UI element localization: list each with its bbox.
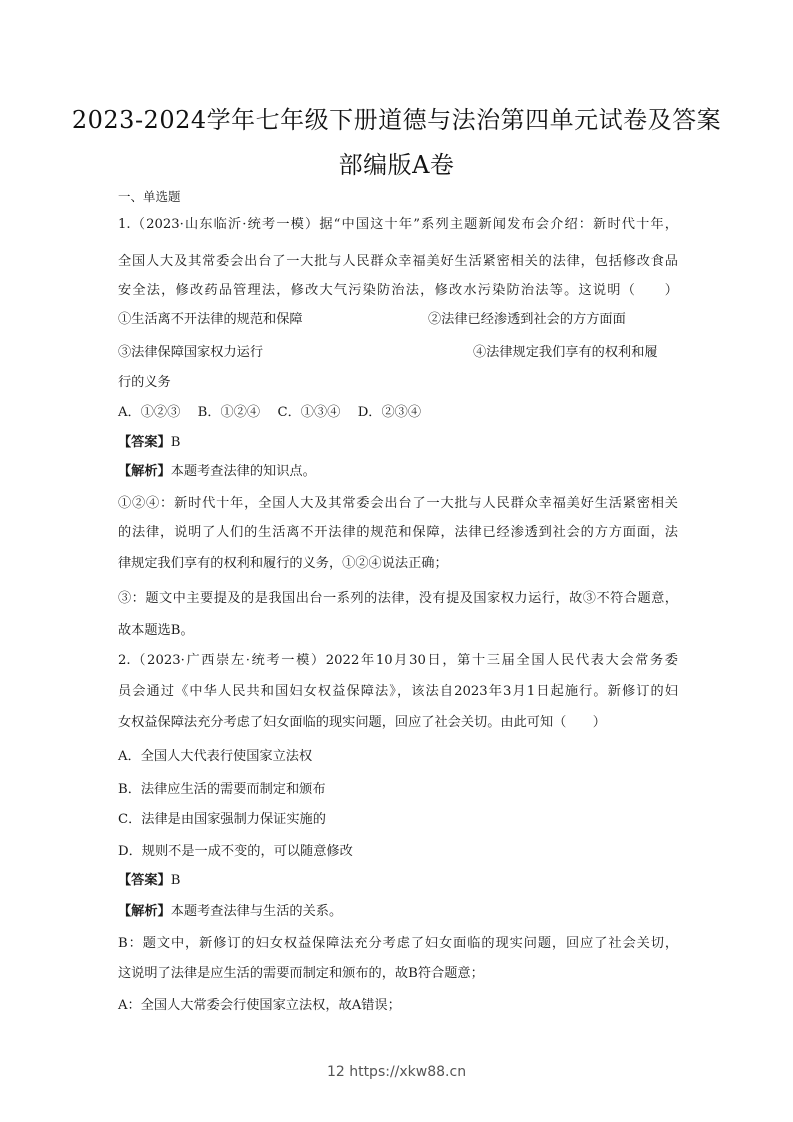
q1-analysis-line1: 本题考查法律的知识点。 <box>171 464 316 479</box>
q1-analysis-line5: ③：题文中主要提及的是我国出台一系列的法律，没有提及国家权力运行，故③不符合题意… <box>118 590 678 608</box>
q1-statements-row2: ③法律保障国家权力运行 ④法律规定我们享有的权利和履 <box>118 344 678 362</box>
q2-option-d: D．规则不是一成不变的，可以随意修改 <box>118 843 678 861</box>
q1-analysis-line6: 故本题选B。 <box>118 622 678 640</box>
q1-stem-line3: 安全法，修改药品管理法，修改大气污染防治法，修改水污染防治法等。这说明（ ） <box>118 282 678 300</box>
q1-answer-label: 【答案】 <box>118 435 171 450</box>
q2-analysis-line2: B：题文中，新修订的妇女权益保障法充分考虑了妇女面临的现实问题，回应了社会关切， <box>118 935 678 953</box>
q2-analysis-line1: 本题考查法律与生活的关系。 <box>171 904 342 919</box>
q2-stem-line3: 女权益保障法充分考虑了妇女面临的现实问题，回应了社会关切。由此可知（ ） <box>118 714 678 732</box>
q2-stem-line1: 2.（2023·广西崇左·统考一模）2022年10月30日，第十三届全国人民代表… <box>118 652 678 670</box>
q2-analysis-label: 【解析】 <box>118 904 171 919</box>
q2-option-c: C．法律是由国家强制力保证实施的 <box>118 811 678 829</box>
q2-analysis-line3: 这说明了法律是应生活的需要而制定和颁布的，故B符合题意； <box>118 965 678 983</box>
q2-answer: 【答案】B <box>118 872 678 890</box>
q2-stem-line2: 员会通过《中华人民共和国妇女权益保障法》，该法自2023年3月1日起施行。新修订… <box>118 683 678 701</box>
q2-option-a: A．全国人大代表行使国家立法权 <box>118 748 678 766</box>
document-title-line1: 2023-2024学年七年级下册道德与法治第四单元试卷及答案 <box>0 100 793 135</box>
q1-analysis-label: 【解析】 <box>118 464 171 479</box>
page-footer: 12 https://xkw88.cn <box>0 1064 793 1080</box>
q2-answer-value: B <box>171 873 181 888</box>
document-page: 2023-2024学年七年级下册道德与法治第四单元试卷及答案 部编版A卷 一、单… <box>0 0 793 1122</box>
q1-statement-3: ③法律保障国家权力运行 <box>118 345 263 360</box>
q1-options: A．①②③ B．①②④ C．①③④ D．②③④ <box>118 404 678 422</box>
q1-answer: 【答案】B <box>118 434 678 452</box>
q1-statement-4-cont: 行的义务 <box>118 374 678 392</box>
q2-analysis-line4: A：全国人大常委会行使国家立法权，故A错误； <box>118 997 678 1015</box>
q1-statement-4: ④法律规定我们享有的权利和履 <box>473 344 658 362</box>
q1-answer-value: B <box>171 435 181 450</box>
section-heading: 一、单选题 <box>118 188 678 206</box>
q1-analysis-line4: 律规定我们享有的权利和履行的义务，①②④说法正确； <box>118 555 678 573</box>
q1-analysis-line3: 的法律，说明了人们的生活离不开法律的规范和保障，法律已经渗透到社会的方方面面，法 <box>118 524 678 542</box>
q1-statements-row1: ①生活离不开法律的规范和保障 ②法律已经渗透到社会的方方面面 <box>118 311 678 329</box>
q1-statement-2: ②法律已经渗透到社会的方方面面 <box>428 311 626 329</box>
q1-stem-line1: 1.（2023·山东临沂·统考一模）据“中国这十年”系列主题新闻发布会介绍：新时… <box>118 216 678 234</box>
q1-statement-1: ①生活离不开法律的规范和保障 <box>118 312 303 327</box>
document-title-line2: 部编版A卷 <box>0 145 793 180</box>
q1-analysis-line2: ①②④：新时代十年，全国人大及其常委会出台了一大批与人民群众幸福美好生活紧密相关 <box>118 495 678 513</box>
q2-answer-label: 【答案】 <box>118 873 171 888</box>
q1-analysis-head: 【解析】本题考查法律的知识点。 <box>118 463 678 481</box>
q1-stem-line2: 全国人大及其常委会出台了一大批与人民群众幸福美好生活紧密相关的法律，包括修改食品 <box>118 253 678 271</box>
q2-option-b: B．法律应生活的需要而制定和颁布 <box>118 781 678 799</box>
q2-analysis-head: 【解析】本题考查法律与生活的关系。 <box>118 903 678 921</box>
